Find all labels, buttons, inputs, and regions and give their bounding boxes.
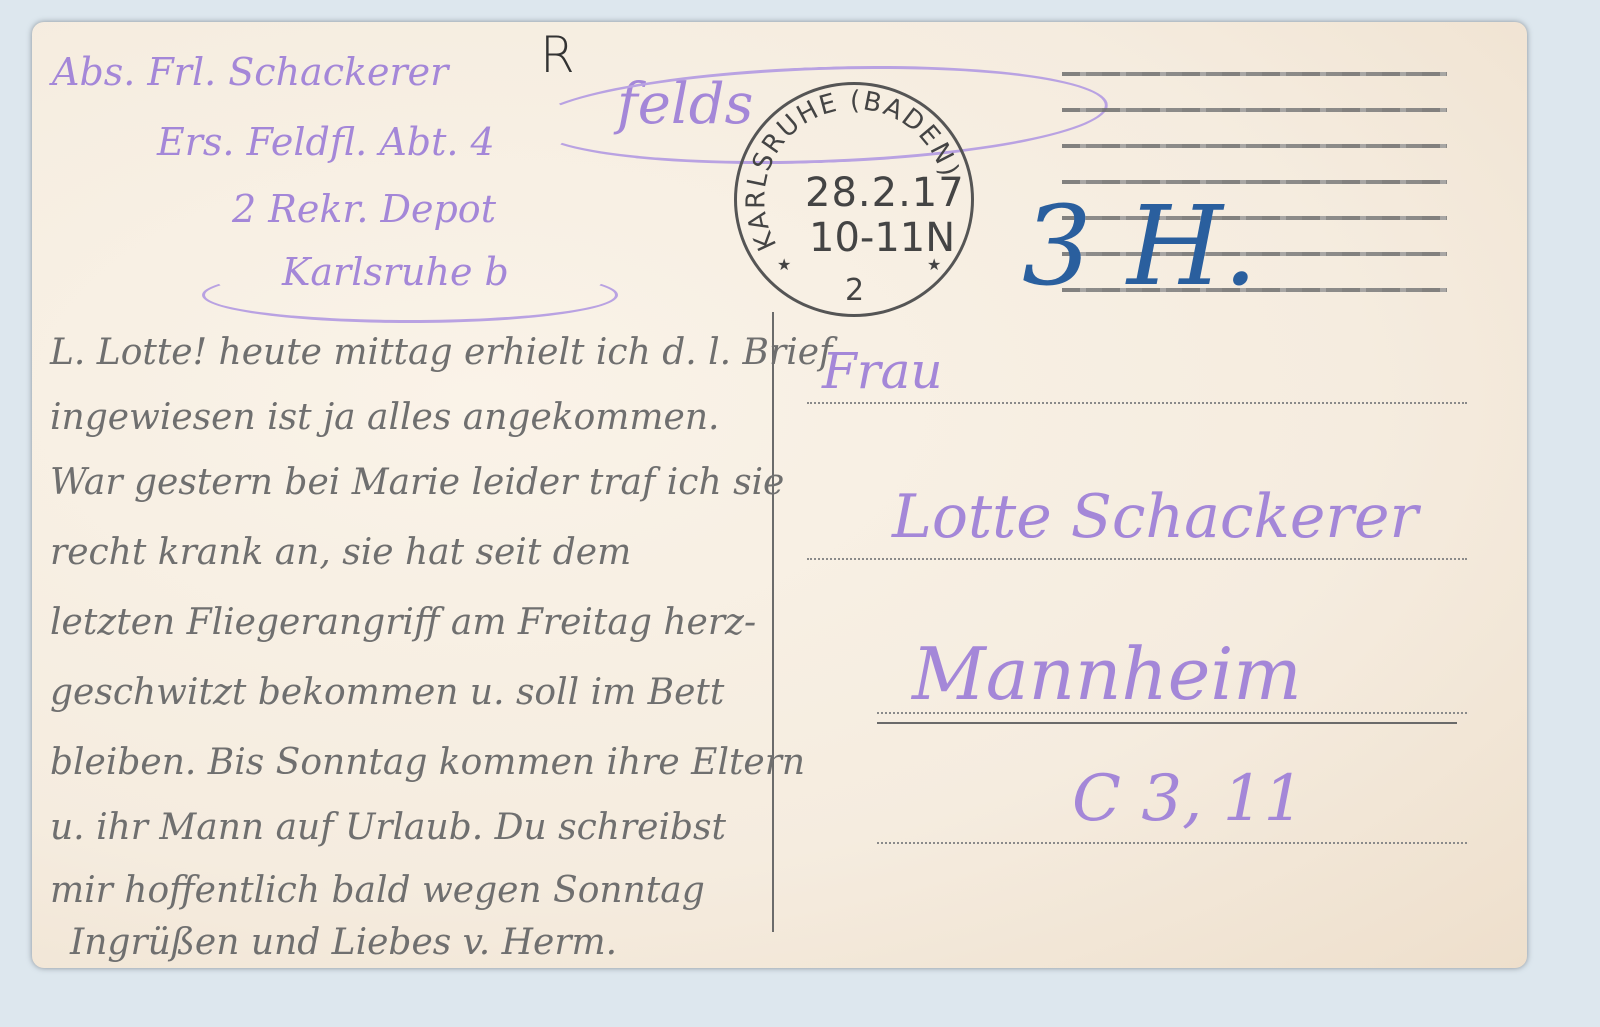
card-divider [772,312,774,932]
postage-mark: 3 H. [1022,182,1258,310]
star-icon: ★ [777,255,791,274]
sender-line: Ers. Feldfl. Abt. 4 [157,120,495,164]
message-line: ingewiesen ist ja alles angekommen. [50,397,719,438]
star-icon: ★ [927,255,941,274]
sender-line: 2 Rekr. Depot [232,187,496,231]
sender-underline-loop [202,267,618,323]
address-line [877,842,1467,844]
sender-line: Abs. Frl. Schackerer [52,50,448,94]
address-line-solid [877,722,1457,724]
message-line: geschwitzt bekommen u. soll im Bett [50,672,724,713]
registration-mark: R [540,26,575,84]
message-line: Ingrüßen und Liebes v. Herm. [70,922,617,963]
message-line: letzten Fliegerangriff am Freitag herz- [50,602,756,643]
postcard-back: R Abs. Frl. Schackerer Ers. Feldfl. Abt.… [32,22,1527,968]
address-street: C 3, 11 [1072,762,1304,836]
message-line: War gestern bei Marie leider traf ich si… [50,462,784,503]
postmark: KARLSRUHE (BADEN) 28.2.17 10-11N 2 ★ ★ [734,82,974,317]
message-line: recht krank an, sie hat seit dem [50,532,631,573]
address-salutation: Frau [822,342,943,400]
message-line: u. ihr Mann auf Urlaub. Du schreibst [50,807,726,848]
address-line [807,558,1467,560]
address-city: Mannheim [912,632,1302,716]
message-line: L. Lotte! heute mittag erhielt ich d. l.… [50,332,832,373]
message-line: bleiben. Bis Sonntag kommen ihre Eltern [50,742,805,783]
address-name: Lotte Schackerer [892,482,1418,552]
address-line [807,402,1467,404]
message-line: mir hoffentlich bald wegen Sonntag [50,870,705,911]
postmark-office: 2 [845,273,864,308]
postmark-date: 28.2.17 [805,170,965,216]
